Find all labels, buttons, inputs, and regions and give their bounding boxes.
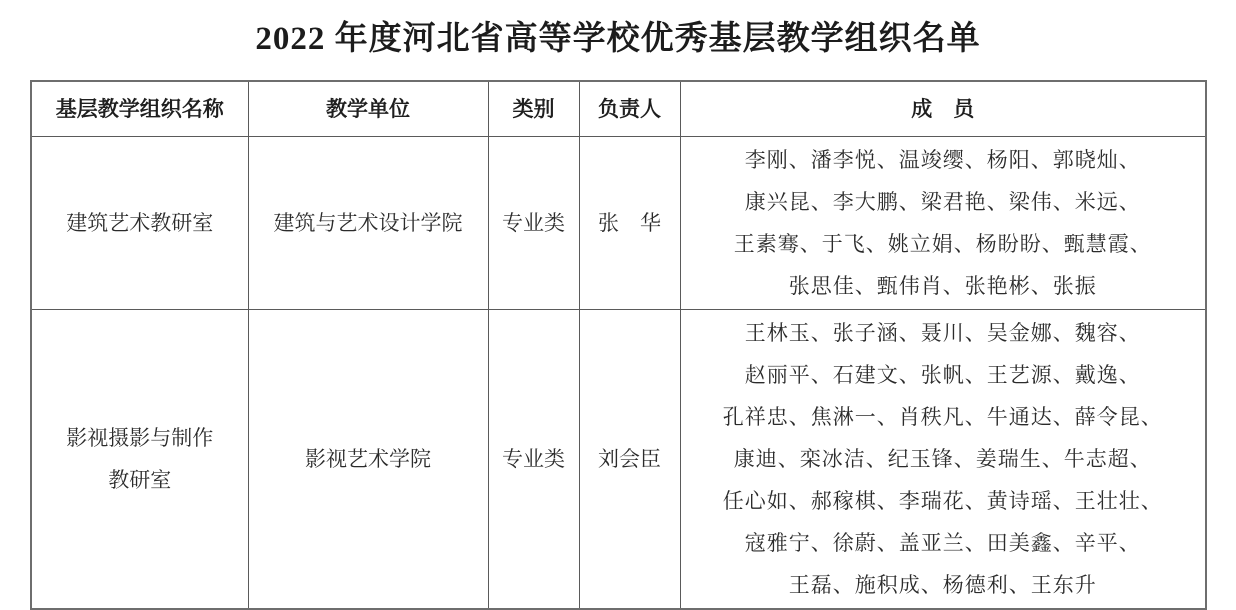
cell-org-name: 影视摄影与制作 教研室	[31, 309, 248, 609]
header-org-name: 基层教学组织名称	[31, 81, 248, 136]
cell-members: 王林玉、张子涵、聂川、吴金娜、魏容、 赵丽平、石建文、张帆、王艺源、戴逸、 孔祥…	[680, 309, 1206, 609]
table-row: 建筑艺术教研室 建筑与艺术设计学院 专业类 张 华 李刚、潘李悦、温竣缨、杨阳、…	[31, 136, 1206, 309]
document-page: 2022 年度河北省高等学校优秀基层教学组织名单 基层教学组织名称 教学单位 类…	[0, 0, 1236, 610]
header-leader: 负责人	[579, 81, 680, 136]
cell-org-name: 建筑艺术教研室	[31, 136, 248, 309]
table-header-row: 基层教学组织名称 教学单位 类别 负责人 成 员	[31, 81, 1206, 136]
teaching-organization-table: 基层教学组织名称 教学单位 类别 负责人 成 员 建筑艺术教研室 建筑与艺术设计…	[30, 80, 1207, 610]
cell-members: 李刚、潘李悦、温竣缨、杨阳、郭晓灿、 康兴昆、李大鹏、梁君艳、梁伟、米远、 王素…	[680, 136, 1206, 309]
cell-unit: 建筑与艺术设计学院	[248, 136, 488, 309]
header-unit: 教学单位	[248, 81, 488, 136]
cell-unit: 影视艺术学院	[248, 309, 488, 609]
cell-category: 专业类	[488, 309, 579, 609]
cell-leader: 刘会臣	[579, 309, 680, 609]
table-row: 影视摄影与制作 教研室 影视艺术学院 专业类 刘会臣 王林玉、张子涵、聂川、吴金…	[31, 309, 1206, 609]
cell-category: 专业类	[488, 136, 579, 309]
cell-leader: 张 华	[579, 136, 680, 309]
header-members: 成 员	[680, 81, 1206, 136]
page-title: 2022 年度河北省高等学校优秀基层教学组织名单	[0, 12, 1236, 59]
header-category: 类别	[488, 81, 579, 136]
